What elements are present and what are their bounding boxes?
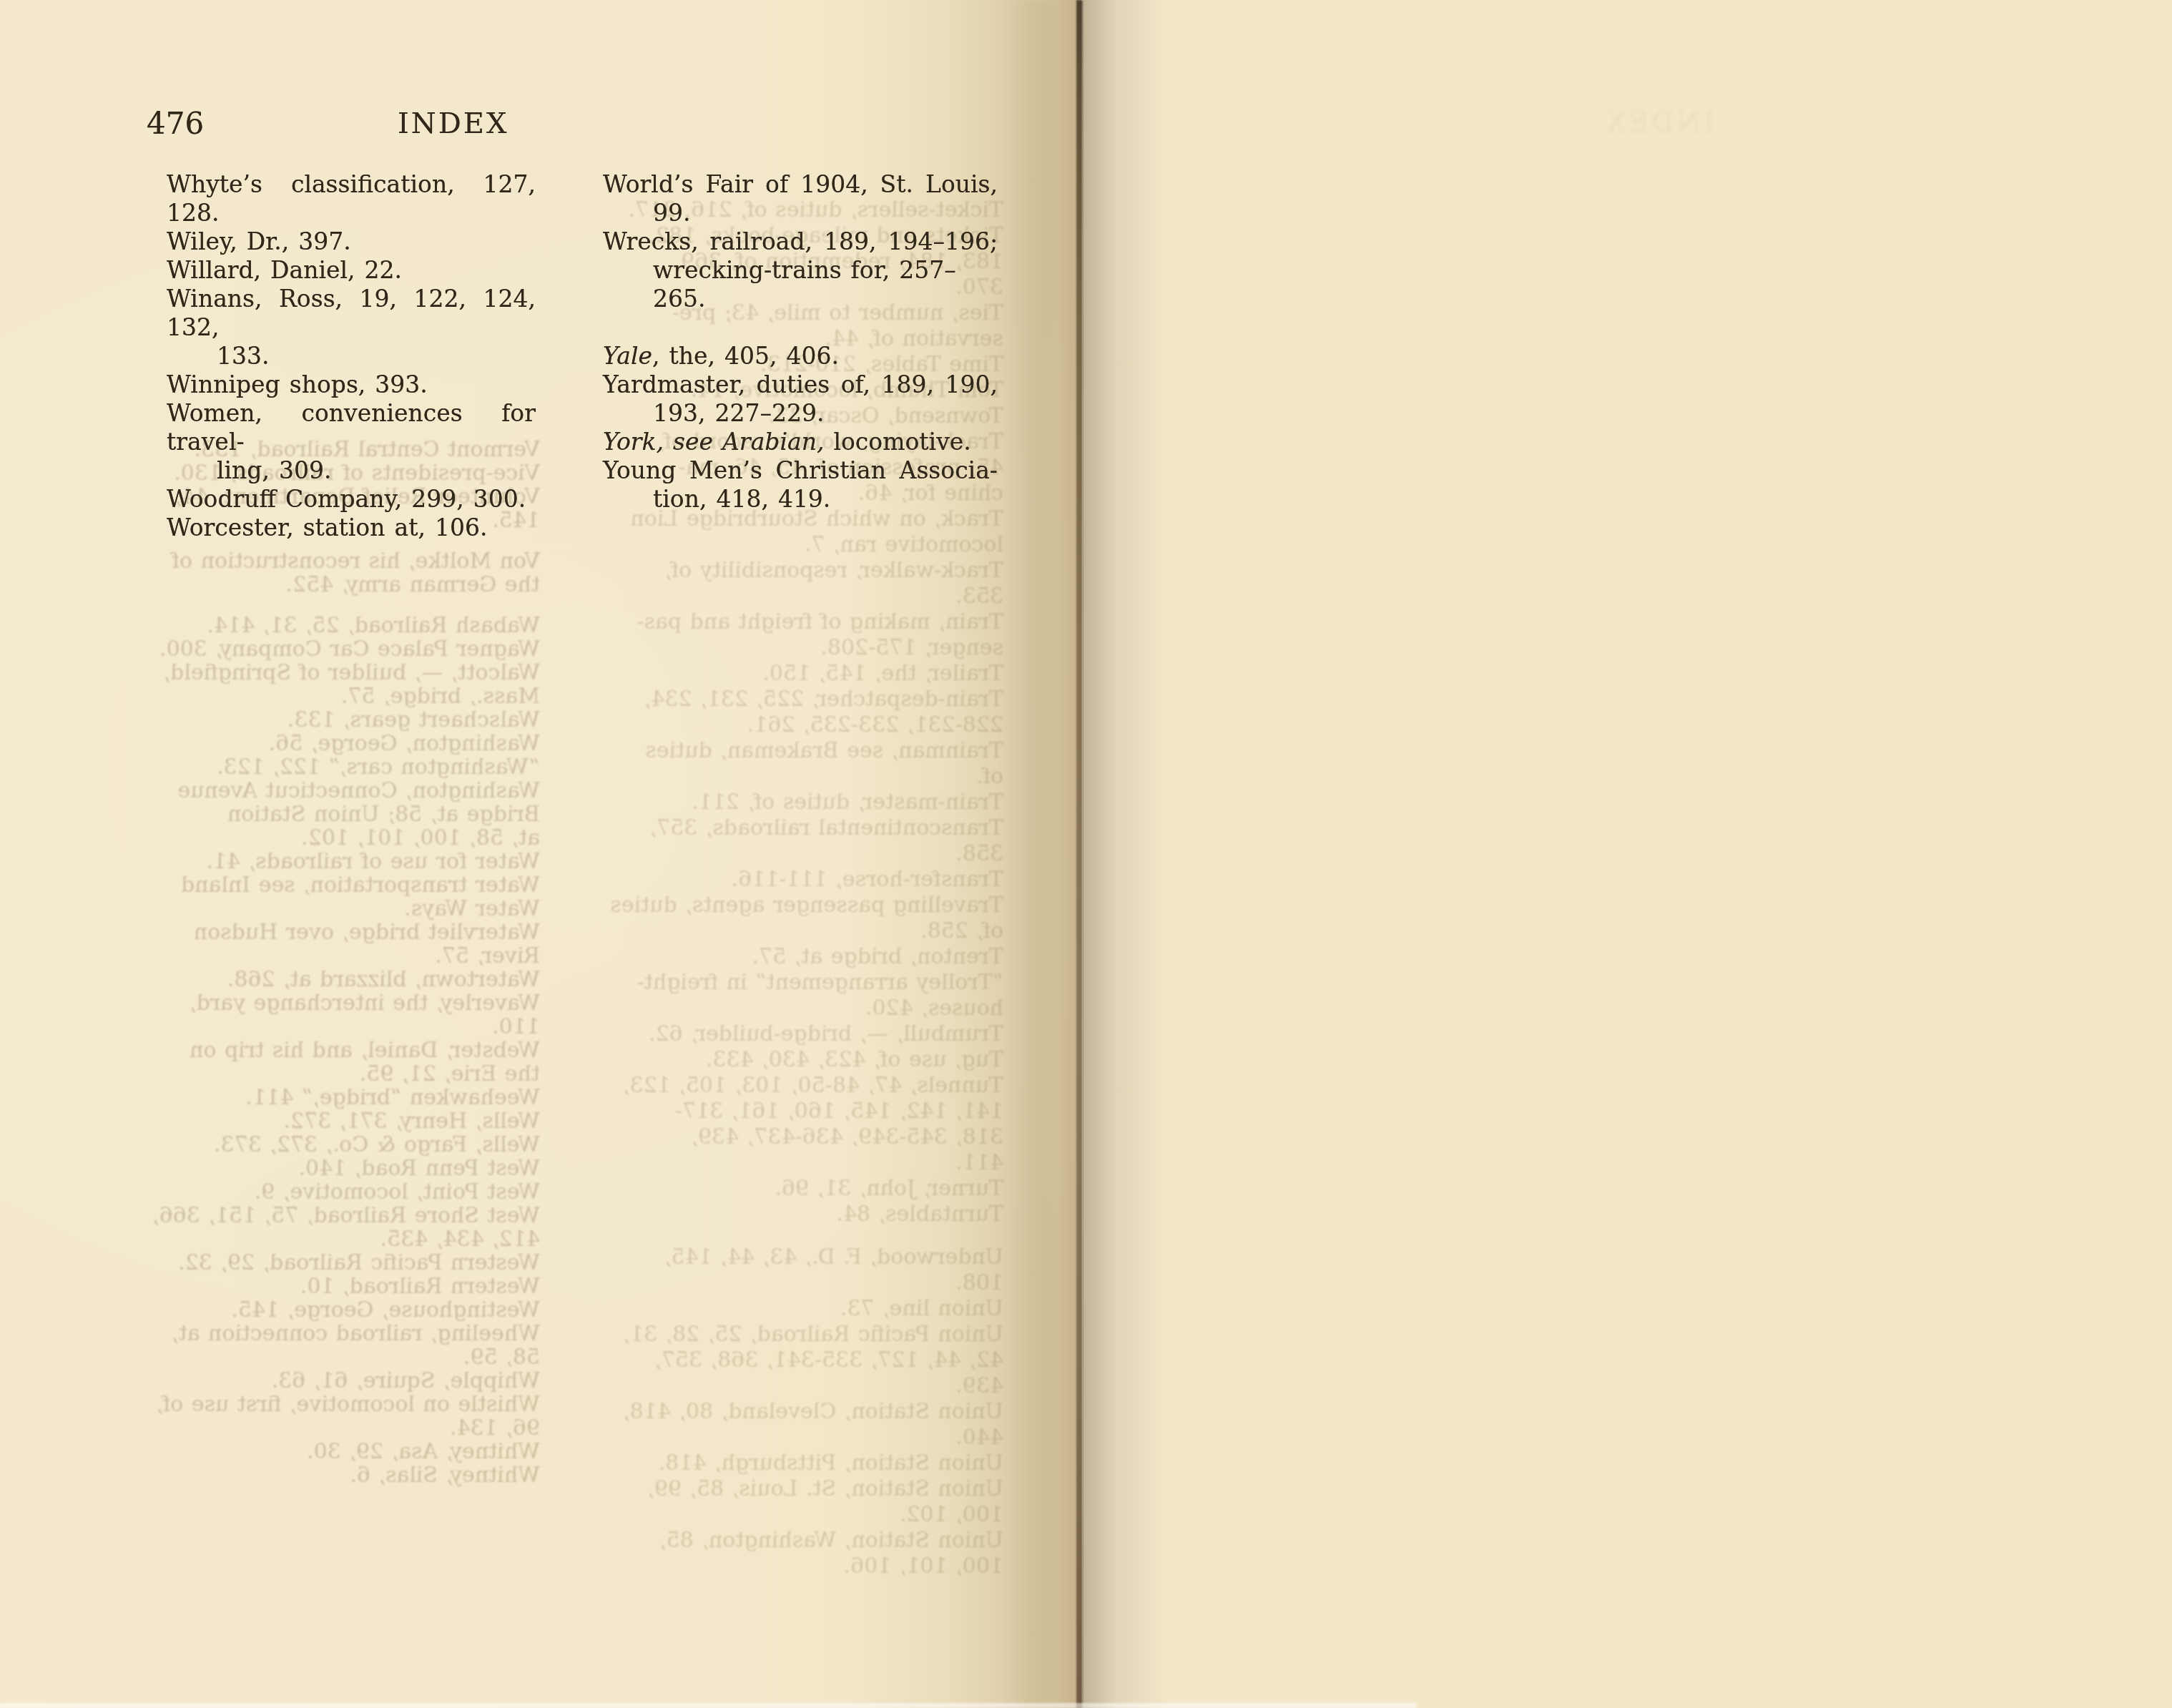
index-line: Women, conveniences for travel- <box>167 399 536 456</box>
book-scan-spread: Vermont Central Railroad, 133.Vice-presi… <box>0 0 2172 1708</box>
index-line: 99. <box>603 199 998 227</box>
right-page <box>1081 0 2172 1708</box>
index-header: INDEX <box>398 107 501 140</box>
index-line: Yardmaster, duties of, 189, 190, <box>603 370 998 399</box>
index-column-left: Whyte’s classification, 127, 128.Wiley, … <box>167 170 536 542</box>
index-line: ling, 309. <box>167 456 536 485</box>
index-line: Winnipeg shops, 393. <box>167 370 536 399</box>
index-line: wrecking-trains for, 257–265. <box>603 256 998 313</box>
index-line: Young Men’s Christian Associa- <box>603 456 998 485</box>
index-column-right: World’s Fair of 1904, St. Louis,99.Wreck… <box>603 170 998 514</box>
index-line <box>603 313 998 342</box>
index-line: 133. <box>167 342 536 370</box>
index-line: Willard, Daniel, 22. <box>167 256 536 285</box>
page-bottom-edge <box>0 1703 1416 1708</box>
index-line: World’s Fair of 1904, St. Louis, <box>603 170 998 199</box>
book-fold-line <box>1076 0 1083 1708</box>
index-line: York, see Arabian, locomotive. <box>603 428 998 456</box>
index-line: Whyte’s classification, 127, 128. <box>167 170 536 227</box>
index-line: 193, 227–229. <box>603 399 998 428</box>
index-line: Winans, Ross, 19, 122, 124, 132, <box>167 285 536 342</box>
index-line: Woodruff Company, 299, 300. <box>167 485 536 514</box>
index-line: Wrecks, railroad, 189, 194–196; <box>603 227 998 256</box>
page-number: 476 <box>147 107 204 140</box>
fold-right-shadow <box>1083 0 1169 1708</box>
index-line: Yale, the, 405, 406. <box>603 342 998 370</box>
index-line: Wiley, Dr., 397. <box>167 227 536 256</box>
gutter-crease-shadow <box>1001 0 1051 1708</box>
index-line: tion, 418, 419. <box>603 485 998 514</box>
index-line: Worcester, station at, 106. <box>167 514 536 542</box>
